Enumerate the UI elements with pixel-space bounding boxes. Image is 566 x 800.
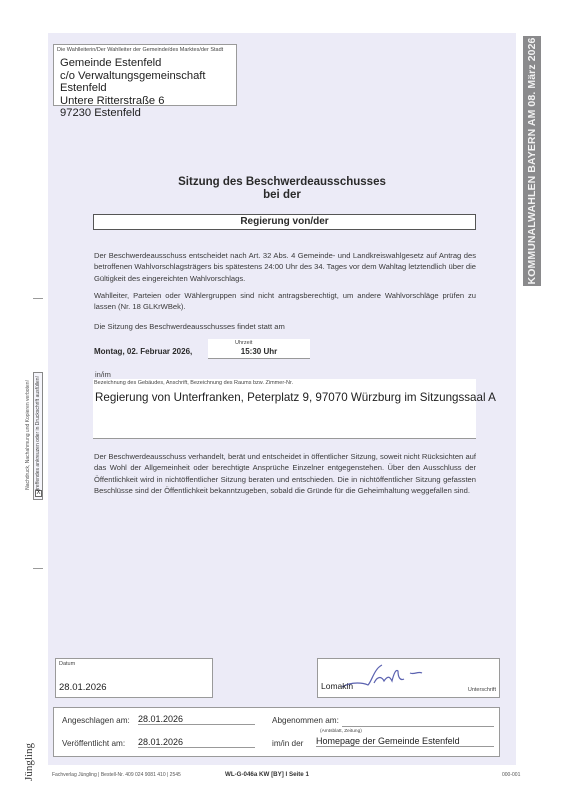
- published-label: Veröffentlicht am:: [62, 739, 125, 748]
- sender-label: Die Wahlleiterin/Der Wahlleiter der Geme…: [57, 47, 223, 53]
- instruction-checkbox[interactable]: X: [35, 490, 42, 497]
- signature-field[interactable]: Lomakin Unterschrift: [317, 658, 500, 698]
- publication-box: Angeschlagen am: 28.01.2026 Abgenommen a…: [53, 707, 500, 757]
- posted-label: Angeschlagen am:: [62, 716, 130, 725]
- fold-mark: [33, 298, 43, 299]
- sender-line: Untere Ritterstraße 6: [60, 95, 236, 108]
- date-label: Datum: [59, 661, 75, 667]
- authority-value: Regierung von/der: [94, 215, 475, 229]
- medium-hint: (Amtsblatt, Zeitung): [320, 729, 362, 734]
- removed-label: Abgenommen am:: [272, 716, 339, 725]
- title-line-2: bei der: [96, 189, 468, 202]
- meeting-location-field[interactable]: Bezeichnung des Gebäudes, Anschrift, Bez…: [93, 379, 476, 439]
- instruction-text: Zutreffendes ankreuzen oder in Druckschr…: [35, 376, 41, 496]
- sender-line: c/o Verwaltungsgemeinschaft Estenfeld: [60, 70, 236, 95]
- publisher-logo: Jüngling: [22, 732, 36, 792]
- logo-text: Jüngling: [23, 743, 35, 781]
- sender-address: Gemeinde Estenfeld c/o Verwaltungsgemein…: [60, 57, 236, 120]
- paragraph-legal-basis: Der Beschwerdeausschuss entscheidet nach…: [94, 250, 476, 284]
- authority-field[interactable]: Regierung von/der: [93, 214, 476, 230]
- copyright-note: Nachdruck, Nachahmung und Kopieren verbo…: [24, 375, 32, 495]
- sender-address-box: Die Wahlleiterin/Der Wahlleiter der Geme…: [53, 44, 237, 106]
- publisher-info: Fachverlag Jüngling | Bestell-Nr. 409 02…: [52, 772, 181, 778]
- election-banner-text: KOMMUNALWAHLEN BAYERN AM 08. März 2026: [526, 38, 538, 285]
- medium-value[interactable]: Homepage der Gemeinde Estenfeld: [316, 736, 494, 747]
- time-value: 15:30 Uhr: [208, 347, 310, 356]
- date-value: 28.01.2026: [59, 682, 107, 693]
- fold-mark: [33, 568, 43, 569]
- signer-name: Lomakin: [321, 681, 353, 691]
- signing-date-field[interactable]: Datum 28.01.2026: [55, 658, 213, 698]
- form-code: 000-001: [502, 772, 520, 778]
- paragraph-meeting-intro: Die Sitzung des Beschwerdeausschusses fi…: [94, 321, 476, 332]
- meeting-date: Montag, 02. Februar 2026,: [94, 347, 192, 356]
- document-title: Sitzung des Beschwerdeausschusses bei de…: [96, 176, 468, 202]
- signature-label: Unterschrift: [468, 687, 496, 693]
- instruction-note: Zutreffendes ankreuzen oder in Druckschr…: [33, 372, 43, 500]
- paragraph-publicity: Der Beschwerdeausschuss verhandelt, berä…: [94, 451, 476, 497]
- election-banner: KOMMUNALWAHLEN BAYERN AM 08. März 2026: [523, 36, 541, 286]
- sender-line: 97230 Estenfeld: [60, 107, 236, 120]
- sender-line: Gemeinde Estenfeld: [60, 57, 236, 70]
- removed-value-field[interactable]: [342, 726, 494, 727]
- location-label: Bezeichnung des Gebäudes, Anschrift, Bez…: [94, 380, 293, 386]
- location-value: Regierung von Unterfranken, Peterplatz 9…: [95, 391, 496, 404]
- posted-value[interactable]: 28.01.2026: [138, 714, 255, 725]
- meeting-time-field[interactable]: Uhrzeit 15:30 Uhr: [208, 339, 310, 359]
- location-prefix: in/im: [95, 370, 111, 379]
- copyright-text: Nachdruck, Nachahmung und Kopieren verbo…: [25, 380, 31, 490]
- form-id: WL-G-046a KW [BY] I Seite 1: [225, 771, 309, 778]
- paragraph-eligibility: Wahlleiter, Parteien oder Wählergruppen …: [94, 290, 476, 313]
- title-line-1: Sitzung des Beschwerdeausschusses: [96, 176, 468, 189]
- medium-label: im/in der: [272, 739, 303, 748]
- published-value[interactable]: 28.01.2026: [138, 737, 255, 748]
- time-label: Uhrzeit: [235, 340, 252, 346]
